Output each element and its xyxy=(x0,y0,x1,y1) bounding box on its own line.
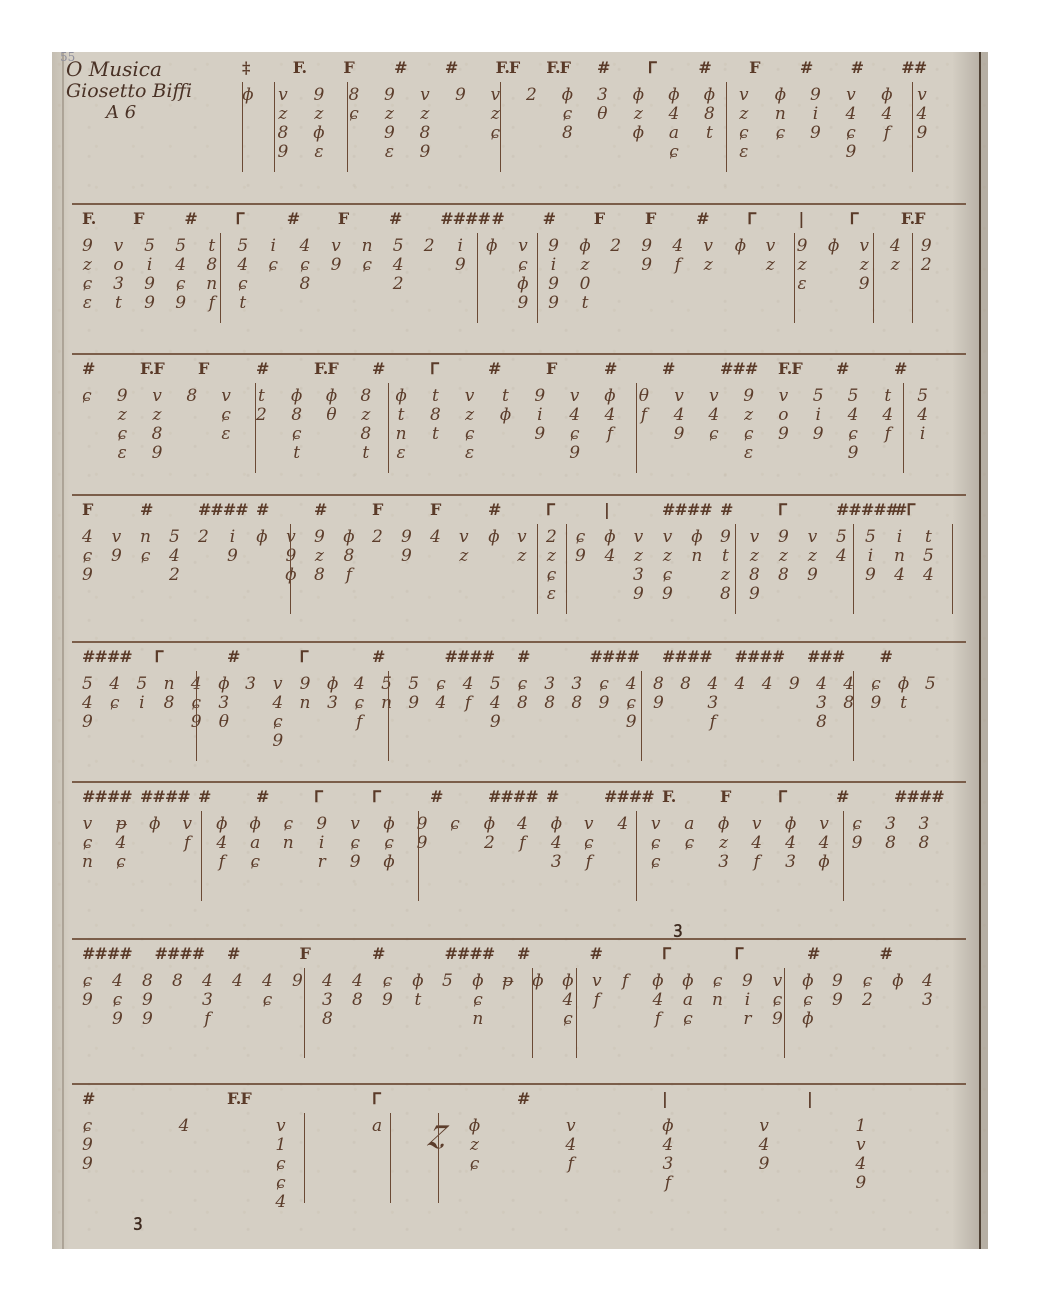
tablature-letter: 8 xyxy=(749,566,760,585)
tablature-letter: ɸ xyxy=(662,1117,674,1136)
tablature-letter: v xyxy=(846,86,856,105)
tablature-letter: θ xyxy=(639,387,649,406)
tablature-letter: 3 xyxy=(662,1155,673,1174)
tablature-letter: ɕ xyxy=(83,834,93,853)
tablature-letter: 2 xyxy=(393,275,404,294)
tablature-letter: f xyxy=(665,1174,671,1193)
tablature-chord: v1ɕɕ4 xyxy=(275,1117,286,1212)
tablature-chord: 54ɕt xyxy=(237,237,248,313)
rhythm-sign: #### xyxy=(662,647,712,666)
tablature-letter: 9 xyxy=(810,124,821,143)
barline xyxy=(537,233,538,323)
tablature-letter: 8 xyxy=(172,972,183,991)
barline xyxy=(794,233,795,323)
tablature-letter: 8 xyxy=(322,1010,333,1029)
tablature-chord: ɕ4 xyxy=(435,675,446,713)
tablature-letter: v xyxy=(420,86,430,105)
tablature-letter: 9 xyxy=(653,694,664,713)
rhythm-sign: #### xyxy=(82,647,132,666)
tablature-chord: ɸaɕ xyxy=(682,972,694,1029)
tablature-letter: ɸ xyxy=(383,853,395,872)
tablature-letter: ɛ xyxy=(83,294,92,313)
tablature-letter: z xyxy=(634,105,643,124)
tablature-letter: ɕ xyxy=(221,406,231,425)
barline xyxy=(853,671,854,761)
tablature-chord: ɸ3 xyxy=(327,675,339,713)
tablature-letter: ɕ xyxy=(436,675,446,694)
tablature-letter: z xyxy=(547,547,556,566)
tablature-chord: 54ɕ9 xyxy=(175,237,186,313)
tablature-chord: f xyxy=(622,972,628,991)
tablature-chord: aɕ xyxy=(684,815,694,853)
tablature-chord: 9i9 xyxy=(810,86,821,143)
system-ruling-line xyxy=(72,1083,966,1085)
barline xyxy=(418,811,419,901)
tablature-chord: ɸ xyxy=(486,237,498,256)
tablature-letter: ɕ xyxy=(110,694,120,713)
rhythm-sign: # xyxy=(836,787,848,806)
tablature-letter: 9 xyxy=(641,237,652,256)
tablature-letter: f xyxy=(465,694,471,713)
rhythm-sign: # xyxy=(140,500,152,519)
tablature-letter: 9 xyxy=(292,972,303,991)
tablature-letter: ɸ xyxy=(412,972,424,991)
tablature-letter: i xyxy=(920,425,925,444)
tablature-letter: 1 xyxy=(855,1117,866,1136)
rhythm-sign: F xyxy=(338,209,348,228)
tablature-letter: f xyxy=(607,425,613,444)
tablature-letter: 5 xyxy=(917,387,928,406)
tablature-letter: f xyxy=(209,294,215,313)
rhythm-sign: # xyxy=(256,787,268,806)
tablature-letter: v xyxy=(651,815,661,834)
tablature-letter: 9 xyxy=(810,86,821,105)
tablature-letter: ɕ xyxy=(599,675,609,694)
tablature-letter: v xyxy=(491,86,501,105)
tablature-chord: vz89 xyxy=(152,387,163,463)
tablature-letter: 3 xyxy=(322,991,333,1010)
tablature-chord: 38 xyxy=(544,675,555,713)
tablature-chord: ɸ4f xyxy=(216,815,228,872)
rhythm-sign: #### xyxy=(155,944,205,963)
tablature-chord: ɕ99 xyxy=(82,1117,93,1174)
tablature-letter: 4 xyxy=(322,972,333,991)
tablature-letter: 4 xyxy=(604,406,615,425)
rhythm-sign: ‡ xyxy=(242,58,249,77)
tablature-letter: f xyxy=(885,425,891,444)
tablature-chord: 43f xyxy=(707,675,718,732)
tablature-chord: 9tz8 xyxy=(720,528,731,604)
tablature-chord: ɕ9 xyxy=(82,972,93,1010)
rhythm-sign: ### xyxy=(807,647,844,666)
tablature-chord: 9 xyxy=(292,972,303,991)
tablature-letter: ɕ xyxy=(713,972,723,991)
rhythm-sign: # xyxy=(372,359,384,378)
barline xyxy=(220,233,221,323)
barline xyxy=(500,82,501,172)
tablature-chord: 43f xyxy=(202,972,213,1029)
tablature-letter: ɸ xyxy=(892,972,904,991)
tablature-letter: 1 xyxy=(275,1136,286,1155)
tablature-letter: v xyxy=(766,237,776,256)
rhythm-sign: F.F xyxy=(314,359,338,378)
tablature-letter: 4 xyxy=(881,105,892,124)
barline xyxy=(912,233,913,323)
tablature-letter: ɸ xyxy=(242,86,254,105)
tablature-letter: ɸ xyxy=(881,86,893,105)
rhythm-sign: #### xyxy=(662,500,712,519)
tablature-system: ####ᒥ#ᒥ######################5494ɕ5in84ɕ… xyxy=(72,645,964,785)
tablature-letter: z xyxy=(860,256,869,275)
rhythm-sign: # xyxy=(488,500,500,519)
tablature-letter: t xyxy=(706,124,713,143)
tablature-chord: ɕn xyxy=(283,815,294,853)
tablature-letter: 3 xyxy=(785,853,796,872)
system-ruling-line xyxy=(72,353,966,355)
tablature-letter: 2 xyxy=(424,237,435,256)
tablature-letter: ɕ xyxy=(465,425,475,444)
rhythm-sign: # xyxy=(696,209,708,228)
tablature-letter: v xyxy=(917,86,927,105)
tablature-letter: ɕ xyxy=(848,425,858,444)
tablature-chord: 2 xyxy=(372,528,383,547)
tablature-letter: ɸ xyxy=(486,237,498,256)
tablature-letter: 8 xyxy=(816,713,827,732)
tablature-letter: 4 xyxy=(393,256,404,275)
tablature-chord: 4ɕ xyxy=(109,675,120,713)
tablature-letter: ɕ xyxy=(518,256,528,275)
tablature-chord: v4ɸ xyxy=(818,815,830,872)
tablature-letter: 9 xyxy=(548,237,559,256)
tablature-letter: ɸ xyxy=(775,86,787,105)
tablature-letter: ɛ xyxy=(797,275,806,294)
tablature-letter: v xyxy=(465,387,475,406)
rhythm-sign: #### xyxy=(590,647,640,666)
tablature-chord: ɕ xyxy=(450,815,460,834)
tablature-letter: 5 xyxy=(925,675,936,694)
tablature-letter: 9 xyxy=(490,713,501,732)
tablature-letter: ɸ xyxy=(532,972,544,991)
tablature-letter: ɸ xyxy=(216,815,228,834)
tablature-letter: t xyxy=(722,547,729,566)
tablature-letter: z xyxy=(719,834,728,853)
tablature-letter: 2 xyxy=(198,528,209,547)
tablature-letter: i xyxy=(897,528,902,547)
tablature-letter: ɕ xyxy=(584,834,594,853)
tablature-chord: vɕn xyxy=(82,815,93,872)
tablature-letter: v xyxy=(570,387,580,406)
tablature-letter: 3 xyxy=(202,991,213,1010)
tablature-letter: i xyxy=(147,256,152,275)
tablature-letter: v xyxy=(517,528,527,547)
rhythm-sign: ### xyxy=(720,359,757,378)
tablature-letter: 4 xyxy=(626,675,637,694)
tablature-letter: 9 xyxy=(117,387,128,406)
tablature-chord: 5 xyxy=(925,675,936,694)
tablature-letter: 4 xyxy=(82,694,93,713)
tablature-letter: 9 xyxy=(144,294,155,313)
tablature-letter: 9 xyxy=(534,387,545,406)
tablature-chord: vz xyxy=(703,237,713,275)
tablature-chord: 9 xyxy=(789,675,800,694)
rhythm-sign: #### xyxy=(198,500,248,519)
rhythm-sign: F xyxy=(82,500,92,519)
tablature-letter: ɸ xyxy=(691,528,703,547)
tablature-letter: z xyxy=(278,105,287,124)
tablature-letter: 2 xyxy=(921,256,932,275)
tablature-letter: 4 xyxy=(551,834,562,853)
tablature-chord: vzɕɛ xyxy=(465,387,475,463)
tablature-letter: 8 xyxy=(919,834,930,853)
tablature-letter: 8 xyxy=(885,834,896,853)
tablature-letter: 3 xyxy=(327,694,338,713)
tablature-letter: z xyxy=(420,105,429,124)
rhythm-sign: ᒥ xyxy=(662,944,670,963)
barline xyxy=(196,671,197,761)
tablature-letter: i xyxy=(868,547,873,566)
rhythm-sign: # xyxy=(430,787,442,806)
tablature-letter: ɕ xyxy=(518,675,528,694)
tablature-chord: vzɕ xyxy=(491,86,501,143)
tablature-letter: t xyxy=(398,406,405,425)
tablature-letter: z xyxy=(385,105,394,124)
tablature-chord: vɕɕ xyxy=(651,815,661,872)
tablature-chord: iɕ xyxy=(268,237,278,275)
tablature-letter: 3 xyxy=(113,275,124,294)
tablature-letter: i xyxy=(551,256,556,275)
tablature-letter: n xyxy=(472,1010,483,1029)
tablature-letter: ɕ xyxy=(739,124,749,143)
tablature-letter: 8 xyxy=(152,425,163,444)
tablature-chord: ɸn xyxy=(691,528,703,566)
tablature-letter: ɸ xyxy=(249,815,261,834)
tablature-letter: ɕ xyxy=(773,991,783,1010)
rhythm-sign: # xyxy=(880,647,892,666)
tablature-chord: ɸ8ɕt xyxy=(291,387,303,463)
tablature-letter: 9 xyxy=(455,86,466,105)
tablature-chord: ɕ9 xyxy=(852,815,863,853)
tablature-letter: f xyxy=(568,1155,574,1174)
tablature-letter: ɕ xyxy=(250,853,260,872)
tablature-chord: ɸ xyxy=(488,528,500,547)
tablature-letter: 4 xyxy=(109,675,120,694)
tablature-letter: 2 xyxy=(372,528,383,547)
tablature-letter: n xyxy=(894,547,905,566)
tablature-letter: 3 xyxy=(633,566,644,585)
system-ruling-line xyxy=(72,781,966,783)
tablature-chord: 2 xyxy=(424,237,435,256)
tablature-chord: 4 xyxy=(762,675,773,694)
barline xyxy=(201,811,202,901)
tablature-chord: 4 xyxy=(617,815,628,834)
tablature-letter: v xyxy=(584,815,594,834)
tablature-chord: vz xyxy=(766,237,776,275)
rhythm-sign: # xyxy=(227,944,239,963)
tablature-letter: v xyxy=(152,387,162,406)
rhythm-sign: # xyxy=(184,209,196,228)
tablature-letter: z xyxy=(704,256,713,275)
rhythm-sign: ᒥ xyxy=(546,500,554,519)
rhythm-sign: #### xyxy=(82,787,132,806)
tablature-letter: t xyxy=(432,425,439,444)
rhythm-sign: F.F xyxy=(901,209,925,228)
tablature-letter: 8 xyxy=(314,566,325,585)
tablature-chord: vz xyxy=(517,528,527,566)
tablature-letter: ɕ xyxy=(626,694,636,713)
tablature-chord: ɸ2 xyxy=(484,815,496,853)
tablature-letter: 9 xyxy=(534,425,545,444)
tablature-chord: vz89 xyxy=(749,528,760,604)
tablature-letter: 4 xyxy=(848,406,859,425)
tablature-letter: 9 xyxy=(789,675,800,694)
tablature-chord: 9zɕɛ xyxy=(743,387,754,463)
tablature-letter: n xyxy=(691,547,702,566)
rhythm-sign: #### xyxy=(488,787,538,806)
tablature-letter: ɛ xyxy=(744,444,753,463)
tablature-chord: vo3t xyxy=(113,237,124,313)
rhythm-sign: F xyxy=(594,209,604,228)
tablature-letter: 5 xyxy=(865,528,876,547)
tablature-letter: ɸ xyxy=(735,237,747,256)
tablature-letter: ɕ xyxy=(276,1155,286,1174)
tablature-letter: v xyxy=(759,1117,769,1136)
barline xyxy=(388,671,389,761)
tablature-letter: ɕ xyxy=(355,694,365,713)
tablature-letter: ɸ xyxy=(828,237,840,256)
tablature-chord: 9ir xyxy=(742,972,753,1029)
tablature-chord: 2 xyxy=(526,86,537,105)
tablature-letter: n xyxy=(775,105,786,124)
tablature-letter: ɸ xyxy=(383,815,395,834)
tablature-letter: 9 xyxy=(455,256,466,275)
tablature-letter: ɕ xyxy=(384,834,394,853)
rhythm-sign: F xyxy=(300,944,310,963)
tablature-letter: 9 xyxy=(759,1155,770,1174)
tablature-chord: 9n xyxy=(300,675,311,713)
tablature-letter: ɕ xyxy=(491,124,501,143)
rhythm-sign: | xyxy=(604,500,609,519)
tablature-letter: ɸ xyxy=(562,972,574,991)
rhythm-sign: # xyxy=(604,359,616,378)
tablature-letter: 9 xyxy=(575,547,586,566)
tablature-letter: 3 xyxy=(597,86,608,105)
tablature-letter: 4 xyxy=(517,815,528,834)
barline xyxy=(735,524,736,614)
tablature-letter: 3 xyxy=(544,675,555,694)
tablature-letter: 9 xyxy=(662,585,673,604)
tablature-chord: ɕ2 xyxy=(862,972,873,1010)
tablature-letter: 9 xyxy=(917,124,928,143)
system-ruling-line xyxy=(72,938,966,940)
rhythm-sign: ᒥ xyxy=(155,647,163,666)
rhythm-sign: # xyxy=(491,209,503,228)
tablature-chord: 438 xyxy=(816,675,827,732)
tablature-letter: ɛ xyxy=(314,143,323,162)
tablature-letter: 9 xyxy=(227,547,238,566)
rhythm-sign: ᒥ xyxy=(648,58,656,77)
rhythm-sign: # xyxy=(198,787,210,806)
tablature-letter: 9 xyxy=(420,143,431,162)
tablature-chord: 38 xyxy=(885,815,896,853)
tablature-chord: 3 xyxy=(245,675,256,694)
rhythm-sign: # xyxy=(590,944,602,963)
barline xyxy=(843,811,844,901)
tablature-chord: v4ɕ9 xyxy=(272,675,283,751)
tablature-letter: f xyxy=(753,853,759,872)
tablature-letter: f xyxy=(184,834,190,853)
tablature-letter: θ xyxy=(219,713,229,732)
tablature-system: F.F#ᒥ#F#######FF#ᒥ|ᒥF.F9zɕɛvo3t5i9954ɕ9t… xyxy=(72,207,964,347)
barline xyxy=(636,811,637,901)
tablature-letter: 4 xyxy=(759,1136,770,1155)
tablature-letter: 5 xyxy=(848,387,859,406)
barline xyxy=(853,524,854,614)
tablature-letter: ɸ xyxy=(579,237,591,256)
tablature-letter: t xyxy=(208,237,215,256)
tablature-letter: 9 xyxy=(848,444,859,463)
tablature-letter: 4 xyxy=(617,815,628,834)
rhythm-sign: ᒥ xyxy=(850,209,858,228)
tablature-letter: θ xyxy=(326,406,336,425)
tablature-letter: a xyxy=(669,124,679,143)
tablature-chord: ɸ4ɕ xyxy=(562,972,574,1029)
tablature-letter: 3 xyxy=(718,853,729,872)
tablature-letter: ɕ xyxy=(871,675,881,694)
tablature-letter: n xyxy=(396,425,407,444)
tablature-letter: a xyxy=(250,834,260,853)
tablature-letter: ɸ xyxy=(633,124,645,143)
rhythm-sign: #### xyxy=(445,944,495,963)
tablature-chord: 4 xyxy=(179,1117,190,1136)
tablature-chord: ɕ9 xyxy=(870,675,881,713)
tablature-letter: 8 xyxy=(517,694,528,713)
tablature-letter: ɸ xyxy=(285,566,297,585)
tablature-chord: ɸ4f xyxy=(881,86,893,143)
tablature-chord: 5i9 xyxy=(813,387,824,444)
tablature-letter: t xyxy=(432,387,439,406)
tablature-letter: a xyxy=(683,991,693,1010)
tablature-chord: ɸɕn xyxy=(472,972,484,1029)
rhythm-sign: F xyxy=(343,58,353,77)
tablature-letter: 9 xyxy=(870,694,881,713)
barline xyxy=(952,524,953,614)
tablature-letter: v xyxy=(859,237,869,256)
tablature-letter: 9 xyxy=(82,991,93,1010)
tablature-letter: 8 xyxy=(720,585,731,604)
tablature-letter: 9 xyxy=(82,237,93,256)
tablature-chord: t8t xyxy=(430,387,441,444)
tablature-letter: f xyxy=(586,853,592,872)
tablature-letter: 4 xyxy=(430,528,441,547)
tablature-letter: ɕ xyxy=(473,991,483,1010)
rhythm-sign: ᒥ xyxy=(372,787,380,806)
tablature-letter: v xyxy=(273,675,283,694)
tablature-chord: 48 xyxy=(352,972,363,1010)
tablature-letter: 8 xyxy=(352,991,363,1010)
tablature-chord: vz89 xyxy=(278,86,289,162)
tablature-letter: ɕ xyxy=(82,387,92,406)
tablature-letter: 0 xyxy=(580,275,591,294)
rhythm-sign: # xyxy=(394,58,406,77)
tablature-letter: ɕ xyxy=(776,124,786,143)
tablature-letter: 9 xyxy=(278,143,289,162)
barline xyxy=(255,383,256,473)
tablature-letter: v xyxy=(674,387,684,406)
tablature-chord: ɸɕɸ xyxy=(802,972,814,1029)
rhythm-sign: ᒥ xyxy=(778,787,786,806)
tablature-letter: 3 xyxy=(245,675,256,694)
tablature-letter: 9 xyxy=(142,991,153,1010)
